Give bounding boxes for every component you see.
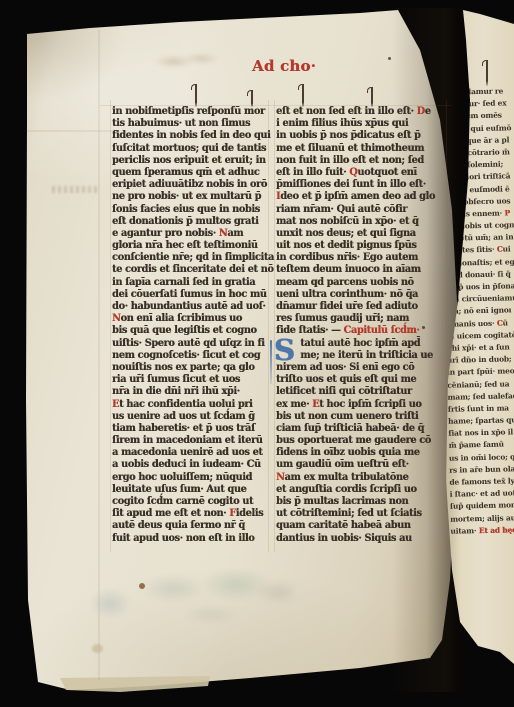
parchment-crease — [27, 130, 113, 132]
text-line: dei cōuerſati ſumus in hoc mū — [112, 289, 267, 301]
text-line: meam qd parcens uobis nō — [276, 277, 441, 289]
text-line: quam caritatē habeā abun — [276, 520, 441, 532]
text-column-right: eſt et non ſed eſt in illo eſt· Dei enim… — [276, 106, 441, 550]
ruling-line — [446, 100, 447, 552]
text-line: Nam ex multa tribulatōne — [276, 472, 441, 484]
text-line: in nobiſmetipſis reſponſū mor — [112, 106, 267, 118]
text-line: in cordibus nr̄is· Ego autem — [276, 252, 441, 264]
text-line: us uenire ad uos ut ſcd́am ḡ — [112, 411, 267, 423]
text-line: eripiet adiuuātibz nobis in orō — [112, 179, 267, 191]
text-line: a macedonia uenirē ad uos et — [112, 447, 267, 459]
text-line: ar qui euſmodi ē — [443, 183, 513, 197]
text-line: in uobis p̄ nos p̄dicatus eſt p̄ — [276, 130, 441, 142]
text-line: uit nos et dedit pignus ſpūs — [276, 240, 441, 252]
ascender-flourish — [302, 84, 304, 107]
text-line: nouiſtis nos ex parte; qa glo — [112, 362, 267, 374]
ascender-flourish — [486, 60, 488, 86]
text-line: res ſumus gaudij ur̄i; nam — [276, 313, 441, 325]
text-line: bis p̄ multas lacrimas non — [276, 496, 441, 508]
text-line: ciam ſup̄ triſticiā habeā· de q̄ — [276, 423, 441, 435]
text-line: unxit nos deus; et qui ſigna — [276, 228, 441, 240]
text-line: leuitate uſus ſum· Aut que — [112, 484, 267, 496]
ascender-flourish — [251, 90, 253, 107]
text-line: e agantur pro nobis· Nam — [112, 228, 267, 240]
text-line: in part ſpūi· meo — [447, 366, 514, 380]
text-line: bis quā que legiſtis et cogno — [112, 325, 267, 337]
text-line: p̄manis uos· Cū — [446, 317, 514, 331]
text-line: ſup̄ quidem morte — [450, 500, 514, 514]
text-line: teſtem deum inuoco in aīam — [276, 264, 441, 276]
marginal-note — [52, 186, 98, 193]
text-line: fidentes in nobis ſed in deo qui — [112, 130, 267, 142]
ascender-flourish — [195, 84, 197, 107]
text-line: uiſtis· Spero autē qd uſqz in fi — [112, 338, 267, 350]
text-line: dientes ſitis· Cui — [444, 244, 514, 258]
parchment-stain — [92, 644, 103, 653]
ascender-flourish — [371, 87, 373, 107]
text-line: a uobis deduci in iudeam· Cū — [112, 459, 267, 471]
text-line: ſuſcitat mortuos; qui de tantis — [112, 143, 267, 155]
text-line: ut cōtriſtemini; ſed ut ſciatis — [276, 508, 441, 520]
text-line: nem cognoſcetis· ſicut et cog — [112, 350, 267, 362]
text-line: te cordis et ſinceritate dei et nō — [112, 264, 267, 276]
text-line: bis ut non cum uenero triſti — [276, 411, 441, 423]
text-line: non fuit in illo eſt et non; ſed — [276, 155, 441, 167]
manuscript-photo: m̄ cōſolamur reendamur· ſed exp̄ partem … — [0, 0, 514, 707]
ruling-line — [110, 100, 111, 552]
text-line: um gaudiū oīm ueſtrū eſt· — [276, 459, 441, 471]
text-line: ſirem in macedoniam et iterū — [112, 435, 267, 447]
text-line: mat nos nobiſcū in xp̄o· et q̄ — [276, 216, 441, 228]
initial-penwork-flourish — [270, 340, 272, 384]
text-line: fuit apud uos· non eſt in illo — [112, 533, 267, 545]
show-through-smudge — [154, 46, 220, 74]
text-line: do· habundantius autē ad uoſ· — [112, 301, 267, 313]
text-line: p̄ partem omēs — [442, 110, 512, 124]
text-line: eſt donationis p̄ multos grati — [112, 216, 267, 228]
text-line: letificet niſi qui cōtriſtatur — [276, 386, 441, 398]
ruling-line — [268, 100, 269, 552]
speck — [422, 326, 425, 329]
text-column-left: in nobiſmetipſis reſponſū mortis habuimu… — [112, 106, 267, 550]
text-line: us in om̄i loco; qa — [449, 451, 514, 465]
ruling-line — [274, 100, 275, 552]
text-line: nirem ad uos· Si enī ego cō — [276, 362, 441, 374]
show-through-decoration — [85, 558, 295, 634]
text-line: cēnianū; ſed ua — [447, 378, 514, 392]
text-line: bus oportuerat me gaudere cō — [276, 435, 441, 447]
text-line: periclis nos eripuit et eruit; in — [112, 155, 267, 167]
illuminated-initial: S — [274, 335, 298, 367]
text-line: triſto uos et quis eſt qui me — [276, 374, 441, 386]
text-line: fide ſtatis· — Capitulū ſcd́m· — [276, 325, 441, 337]
text-line: autē deus quia ſermo nr̄ q̄ — [112, 520, 267, 532]
text-line: ne pro nobis· ut ex multarū p̄ — [112, 191, 267, 203]
text-line: eſt in illo fuit· Quotquot enī — [276, 167, 441, 179]
underlying-leaf-edge — [60, 676, 210, 694]
running-header: Ad cho· — [252, 57, 316, 75]
text-line: riam nr̄am· Qui autē cōfir — [276, 204, 441, 216]
text-line: nr̄a in die dn̄i nr̄i ihū xp̄i· — [112, 386, 267, 398]
text-line: ueni ultra corinthum· nō q̄a — [276, 289, 441, 301]
text-line: dantius in uobis· Siquis au — [276, 533, 441, 545]
text-line: eſt et non ſed eſt in illo eſt· De — [276, 106, 441, 118]
text-line: fiat nos in xp̄o il — [448, 426, 514, 440]
text-line: mortem; alijs autē — [450, 512, 514, 526]
text-line: tatui autē hoc ipſm̄ apd̄ — [276, 338, 441, 350]
text-line: ſonis facies eius que in nobis — [112, 204, 267, 216]
text-line: ria ur̄i ſumus ſicut et uos — [112, 374, 267, 386]
text-line: tiam haberetis· et p̄ uos trāſ — [112, 423, 267, 435]
text-line: p̄miſſiones dei ſunt in illo eſt· — [276, 179, 441, 191]
text-line: tis habuimus· ut non ſimus — [112, 118, 267, 130]
text-line: ſit apud me eſt et non· Fidelis — [112, 508, 267, 520]
text-line: uitam· Et ad hęc — [450, 524, 514, 538]
text-line: dn̄amur fidei ur̄e ſed adiuto — [276, 301, 441, 313]
text-line: Ideo et p̄ ipſm̄ amen deo ad glo — [276, 191, 441, 203]
text-line: cogito ſcd́m carnē cogito ut — [112, 496, 267, 508]
text-line: quem ſperamus qm̄ et adhuc — [112, 167, 267, 179]
text-line: Non enī alia ſcribimus uo — [112, 313, 267, 325]
text-line: et anguſtia cordis ſcripſi uo — [276, 484, 441, 496]
text-line: conſcientie nr̄e; qd in ſimplicita — [112, 252, 267, 264]
ink-stain — [139, 583, 145, 589]
speck — [388, 57, 391, 60]
text-line: ffic illi qui euſmō — [442, 122, 512, 136]
text-line: in ſapīa carnali ſed in gratia — [112, 277, 267, 289]
text-line: gloria nr̄a hec eſt teſtimoniū — [112, 240, 267, 252]
text-line: me; ne iterū in triſticia ue — [276, 350, 441, 362]
text-line: undātiori triſticā — [443, 171, 513, 185]
text-line: me et ſiluanū et thimotheum — [276, 143, 441, 155]
text-line: ex me· Et hoc ipſm̄ ſcripſi uo — [276, 399, 441, 411]
text-line: Et hac confidentia uolui pri — [112, 399, 267, 411]
text-line: fidens in oībz uobis quia me — [276, 447, 441, 459]
text-line: i enim filius ihūs xp̄us qui — [276, 118, 441, 130]
text-line: ergo hoc uoluiſſem; nūquid — [112, 472, 267, 484]
